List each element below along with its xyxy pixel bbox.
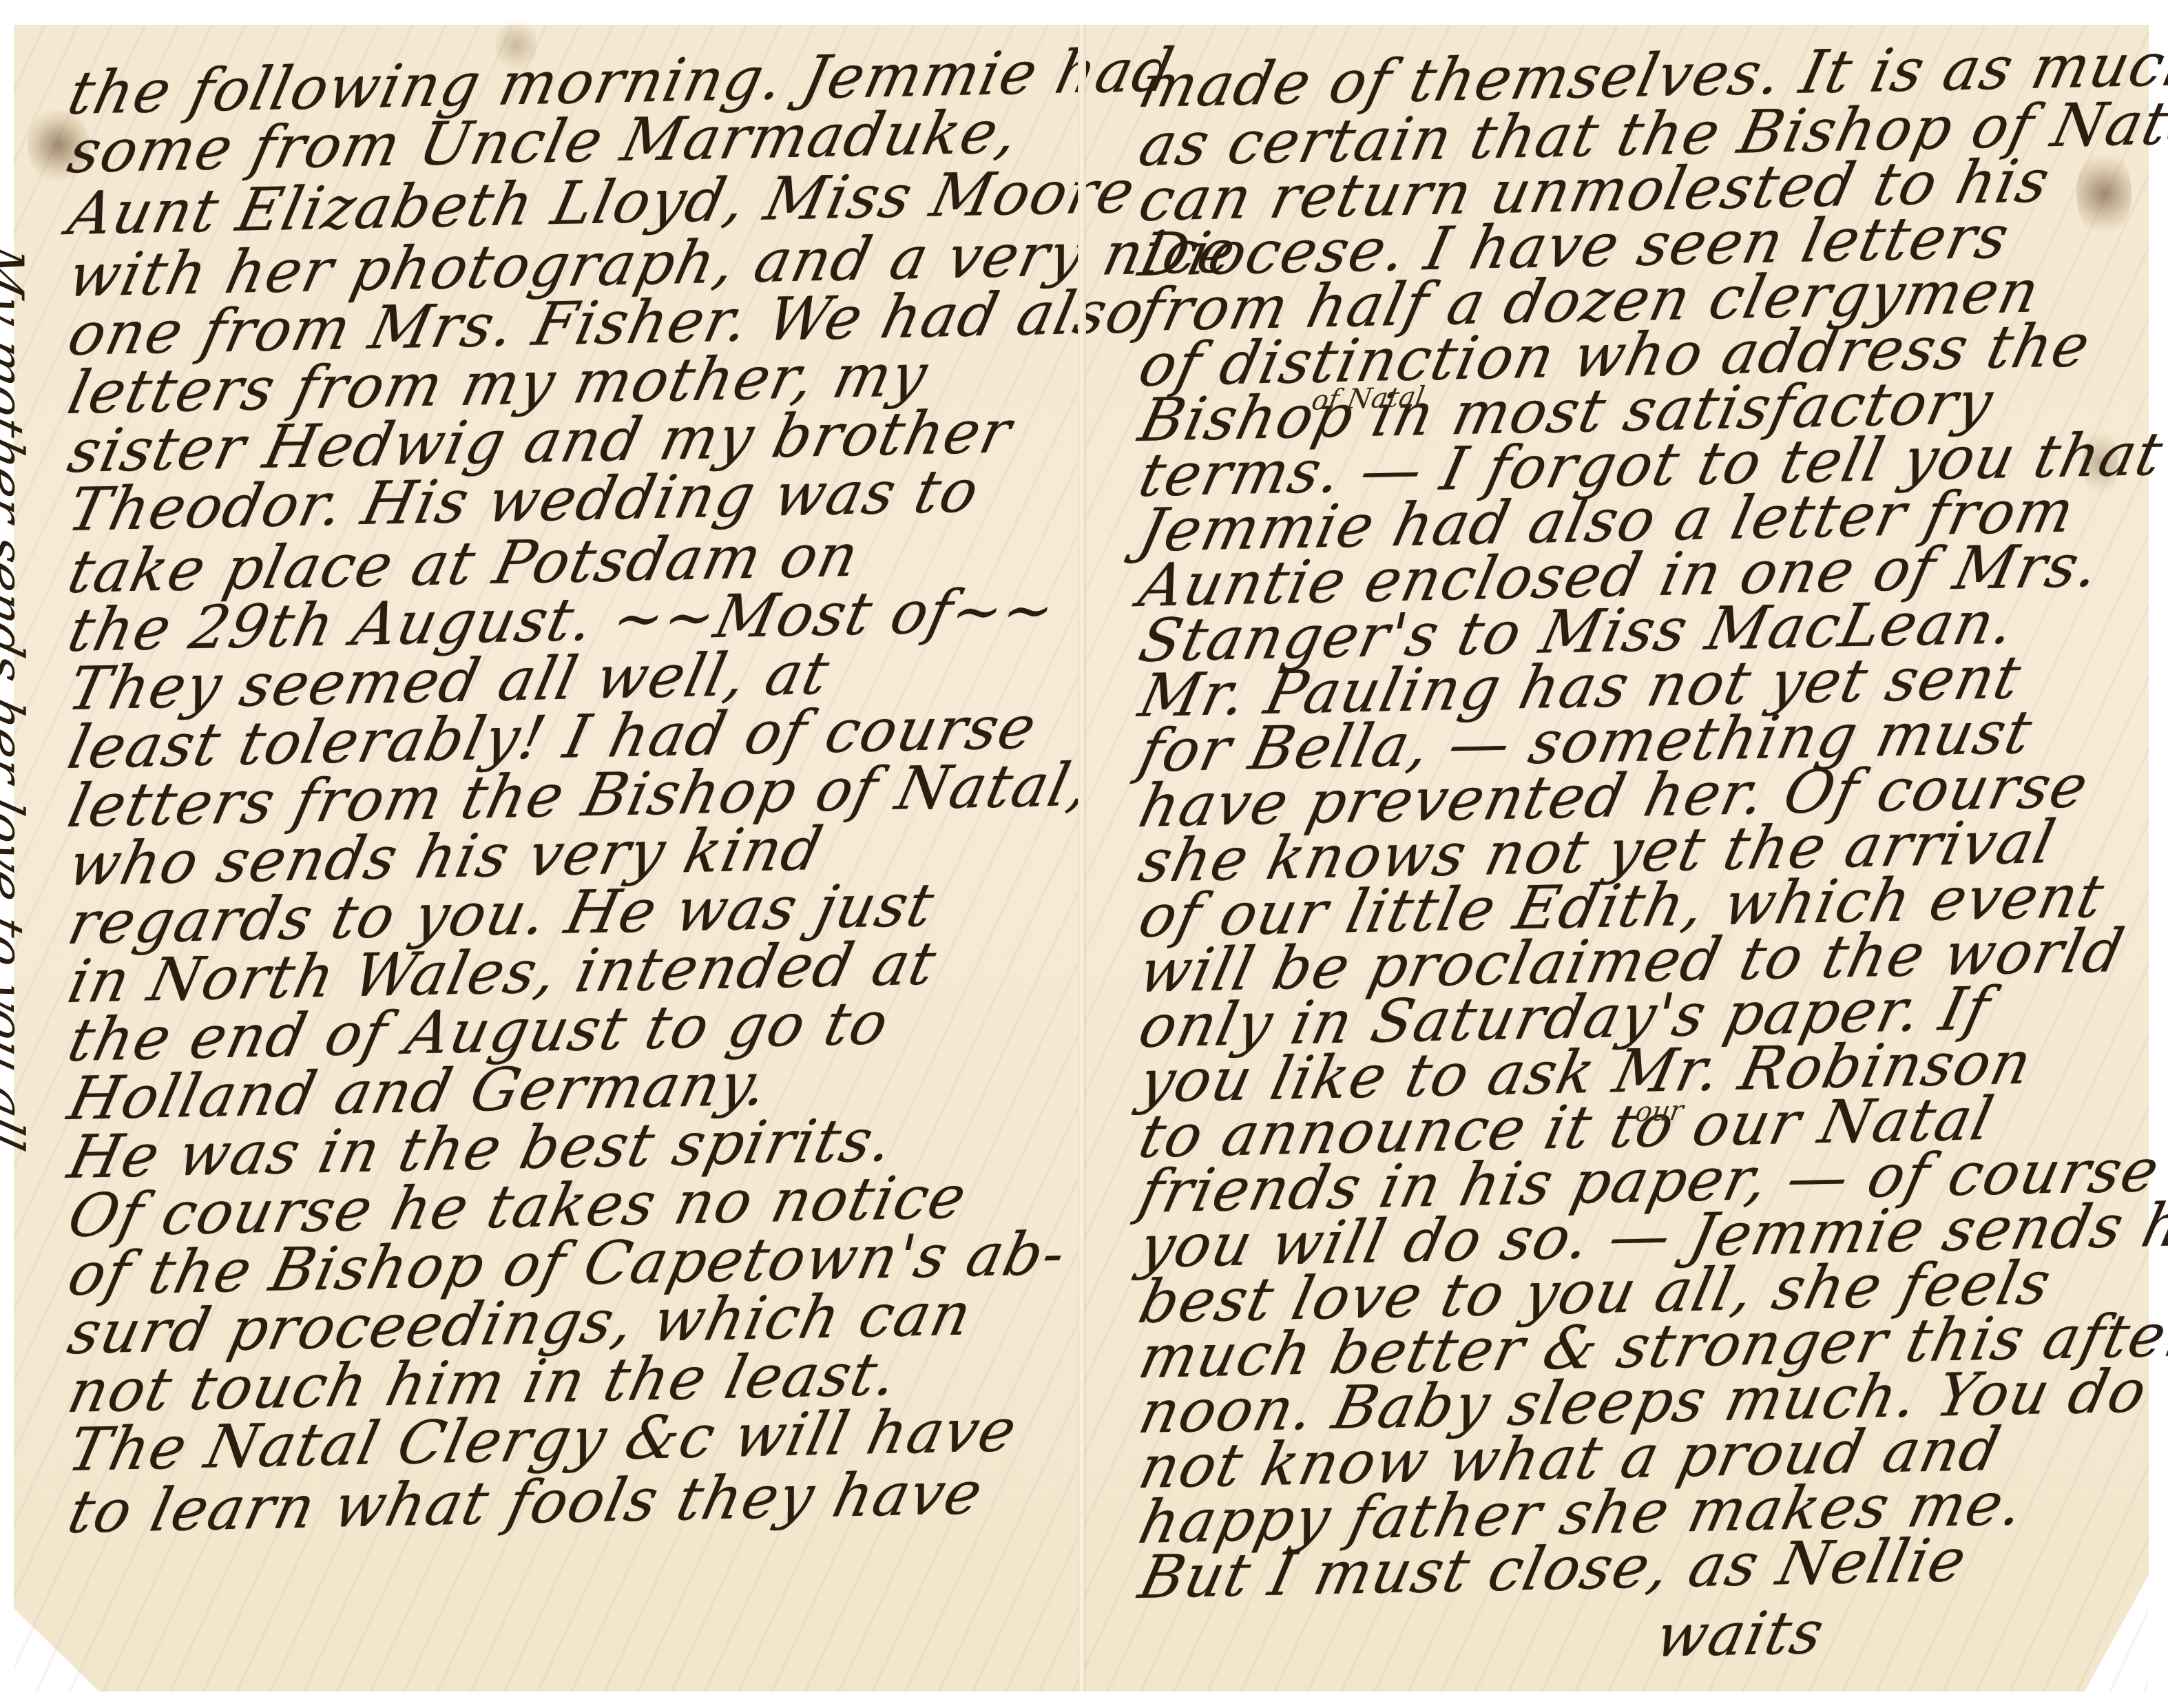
right-page-text: made of themselves. It is as much as cer… — [1085, 25, 2149, 1691]
left-page: the following morning. Jemmie had some f… — [14, 25, 1078, 1691]
right-page: made of themselves. It is as much as cer… — [1085, 25, 2149, 1691]
left-page-text: the following morning. Jemmie had some f… — [14, 25, 1078, 1691]
insertion-note: our — [1633, 1095, 1686, 1129]
text-line: waits — [1649, 1598, 1831, 1671]
margin-note: My mother sends her love to you all — [0, 238, 34, 1156]
insertion-note: of Natal — [1309, 381, 1427, 417]
